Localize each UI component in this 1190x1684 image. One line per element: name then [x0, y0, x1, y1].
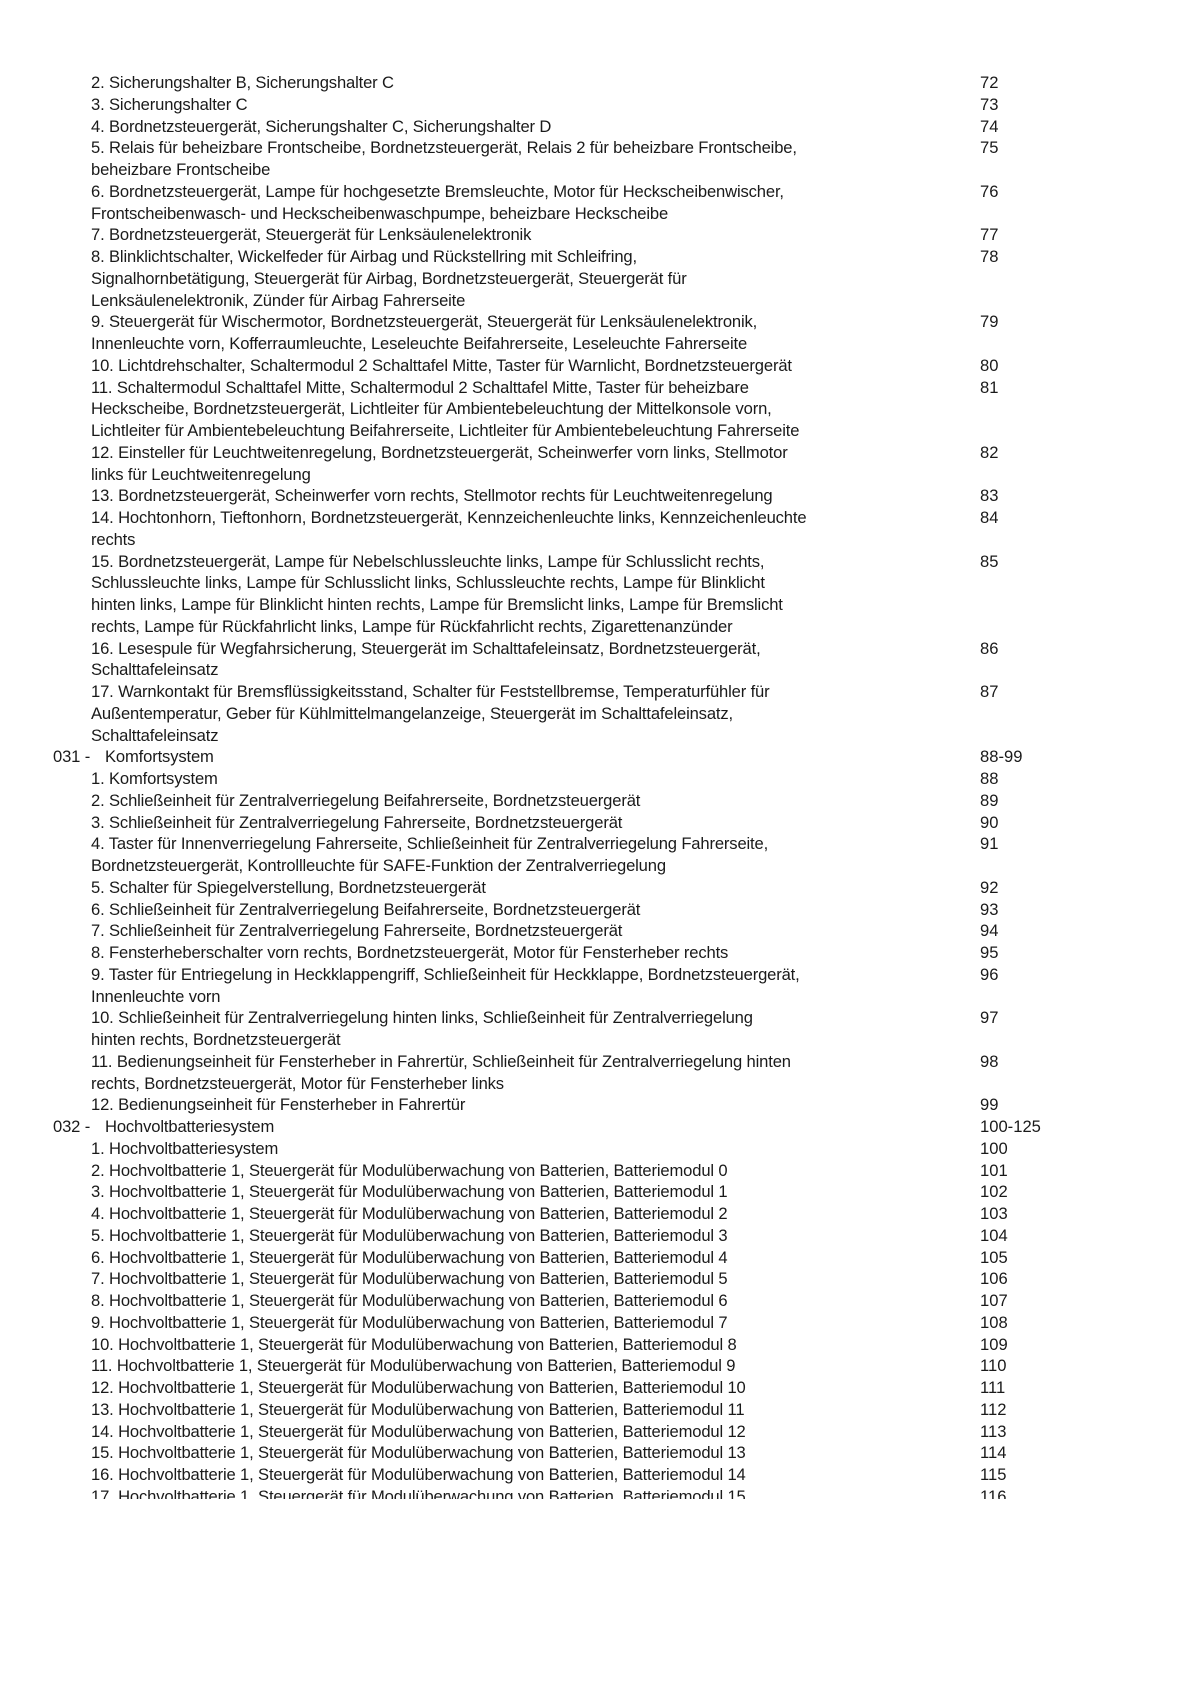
- toc-entry[interactable]: 7. Bordnetzsteuergerät, Steuergerät für …: [0, 224, 1190, 246]
- page-number: 97: [980, 1007, 998, 1029]
- page-number: 75: [980, 137, 998, 159]
- toc-entry-line: 6. Schließeinheit für Zentralverriegelun…: [0, 899, 1190, 921]
- toc-entry-line: 7. Schließeinheit für Zentralverriegelun…: [0, 920, 1190, 942]
- toc-entry[interactable]: 4. Taster für Innenverriegelung Fahrerse…: [0, 833, 1190, 877]
- toc-entry[interactable]: 10. Schließeinheit für Zentralverriegelu…: [0, 1007, 1190, 1051]
- page-number: 78: [980, 246, 998, 268]
- toc-entry-line: Signalhornbetätigung, Steuergerät für Ai…: [0, 268, 1190, 290]
- toc-entry[interactable]: 8. Hochvoltbatterie 1, Steuergerät für M…: [0, 1290, 1190, 1312]
- toc-entry[interactable]: 10. Hochvoltbatterie 1, Steuergerät für …: [0, 1334, 1190, 1356]
- toc-entry-line: 8. Hochvoltbatterie 1, Steuergerät für M…: [0, 1290, 1190, 1312]
- toc-entry-line: 7. Hochvoltbatterie 1, Steuergerät für M…: [0, 1268, 1190, 1290]
- page-number: 74: [980, 116, 998, 138]
- page-number: 84: [980, 507, 998, 529]
- toc-entry-line: 8. Fensterheberschalter vorn rechts, Bor…: [0, 942, 1190, 964]
- page-number: 100: [980, 1138, 1008, 1160]
- toc-entry-line: 2. Schließeinheit für Zentralverriegelun…: [0, 790, 1190, 812]
- toc-entry[interactable]: 6. Bordnetzsteuergerät, Lampe für hochge…: [0, 181, 1190, 225]
- page-number: 99: [980, 1094, 998, 1116]
- page-number: 113: [980, 1421, 1006, 1443]
- toc-entry[interactable]: 12. Hochvoltbatterie 1, Steuergerät für …: [0, 1377, 1190, 1399]
- page-number: 93: [980, 899, 998, 921]
- toc-entry[interactable]: 16. Lesespule für Wegfahrsicherung, Steu…: [0, 638, 1190, 682]
- toc-entry-line: 17. Warnkontakt für Bremsflüssigkeitssta…: [0, 681, 1190, 703]
- toc-entry-line: rechts: [0, 529, 1190, 551]
- toc-entry-line: 16. Lesespule für Wegfahrsicherung, Steu…: [0, 638, 1190, 660]
- toc-entry[interactable]: 9. Hochvoltbatterie 1, Steuergerät für M…: [0, 1312, 1190, 1334]
- page-number: 88-99: [980, 746, 1022, 768]
- toc-entry[interactable]: 1. Komfortsystem88: [0, 768, 1190, 790]
- page-number: 111: [980, 1377, 1005, 1399]
- toc-entry-line: 5. Relais für beheizbare Frontscheibe, B…: [0, 137, 1190, 159]
- toc-entry[interactable]: 6. Hochvoltbatterie 1, Steuergerät für M…: [0, 1247, 1190, 1269]
- toc-entry-line: Schlussleuchte links, Lampe für Schlussl…: [0, 572, 1190, 594]
- page-number: 104: [980, 1225, 1008, 1247]
- toc-entry[interactable]: 15. Bordnetzsteuergerät, Lampe für Nebel…: [0, 551, 1190, 638]
- page-number: 103: [980, 1203, 1008, 1225]
- toc-entry[interactable]: 2. Schließeinheit für Zentralverriegelun…: [0, 790, 1190, 812]
- toc-entry[interactable]: 2. Hochvoltbatterie 1, Steuergerät für M…: [0, 1160, 1190, 1182]
- toc-entry-line: Außentemperatur, Geber für Kühlmittelman…: [0, 703, 1190, 725]
- section-number: 031 -: [53, 746, 105, 768]
- toc-entry-line: 15. Bordnetzsteuergerät, Lampe für Nebel…: [0, 551, 1190, 573]
- page-number: 114: [980, 1442, 1006, 1464]
- toc-entry-line: beheizbare Frontscheibe: [0, 159, 1190, 181]
- toc-entry[interactable]: 4. Hochvoltbatterie 1, Steuergerät für M…: [0, 1203, 1190, 1225]
- toc-entry-line: Lichtleiter für Ambientebeleuchtung Beif…: [0, 420, 1190, 442]
- toc-entry[interactable]: 5. Schalter für Spiegelverstellung, Bord…: [0, 877, 1190, 899]
- toc-entry[interactable]: 5. Relais für beheizbare Frontscheibe, B…: [0, 137, 1190, 181]
- toc-entry[interactable]: 9. Steuergerät für Wischermotor, Bordnet…: [0, 311, 1190, 355]
- toc-entry-line: Innenleuchte vorn, Kofferraumleuchte, Le…: [0, 333, 1190, 355]
- page-number: 85: [980, 551, 998, 573]
- section-title: Komfortsystem: [105, 747, 214, 766]
- page-number: 110: [980, 1355, 1006, 1377]
- toc-entry-line: 8. Blinklichtschalter, Wickelfeder für A…: [0, 246, 1190, 268]
- toc-entry-line: 9. Steuergerät für Wischermotor, Bordnet…: [0, 311, 1190, 333]
- page-number: 87: [980, 681, 998, 703]
- toc-entry-line: 14. Hochtonhorn, Tieftonhorn, Bordnetzst…: [0, 507, 1190, 529]
- page-number: 105: [980, 1247, 1008, 1269]
- toc-entry[interactable]: 9. Taster für Entriegelung in Heckklappe…: [0, 964, 1190, 1008]
- toc-entry-line: Frontscheibenwasch- und Heckscheibenwasc…: [0, 203, 1190, 225]
- toc-entry[interactable]: 16. Hochvoltbatterie 1, Steuergerät für …: [0, 1464, 1190, 1486]
- page-number: 76: [980, 181, 998, 203]
- page-number: 73: [980, 94, 998, 116]
- page-number: 92: [980, 877, 998, 899]
- toc-entry[interactable]: 3. Sicherungshalter C73: [0, 94, 1190, 116]
- toc-entry[interactable]: 6. Schließeinheit für Zentralverriegelun…: [0, 899, 1190, 921]
- toc-entry[interactable]: 11. Hochvoltbatterie 1, Steuergerät für …: [0, 1355, 1190, 1377]
- page-number: 81: [980, 377, 998, 399]
- toc-entry-line: 9. Hochvoltbatterie 1, Steuergerät für M…: [0, 1312, 1190, 1334]
- page-number: 86: [980, 638, 998, 660]
- toc-entry-line: 3. Hochvoltbatterie 1, Steuergerät für M…: [0, 1181, 1190, 1203]
- toc-entry-line: 5. Hochvoltbatterie 1, Steuergerät für M…: [0, 1225, 1190, 1247]
- toc-entry[interactable]: 1. Hochvoltbatteriesystem100: [0, 1138, 1190, 1160]
- page-number: 112: [980, 1399, 1006, 1421]
- page-number: 77: [980, 224, 998, 246]
- toc-entry[interactable]: 3. Hochvoltbatterie 1, Steuergerät für M…: [0, 1181, 1190, 1203]
- toc-entry-line: Innenleuchte vorn: [0, 986, 1190, 1008]
- toc-entry-line: hinten links, Lampe für Blinklicht hinte…: [0, 594, 1190, 616]
- page-number: 100-125: [980, 1116, 1041, 1138]
- page-number: 106: [980, 1268, 1008, 1290]
- page-number: 83: [980, 485, 998, 507]
- toc-entry[interactable]: 11. Schaltermodul Schalttafel Mitte, Sch…: [0, 377, 1190, 442]
- toc-entry-line: Bordnetzsteuergerät, Kontrollleuchte für…: [0, 855, 1190, 877]
- toc-entry[interactable]: 4. Bordnetzsteuergerät, Sicherungshalter…: [0, 116, 1190, 138]
- toc-entry[interactable]: 5. Hochvoltbatterie 1, Steuergerät für M…: [0, 1225, 1190, 1247]
- toc-entry-line: 1. Hochvoltbatteriesystem: [0, 1138, 1190, 1160]
- toc-entry-line: 9. Taster für Entriegelung in Heckklappe…: [0, 964, 1190, 986]
- page-number: 101: [980, 1160, 1008, 1182]
- toc-entry-line: 10. Hochvoltbatterie 1, Steuergerät für …: [0, 1334, 1190, 1356]
- toc-entry[interactable]: 11. Bedienungseinheit für Fensterheber i…: [0, 1051, 1190, 1095]
- toc-entry-line: 6. Hochvoltbatterie 1, Steuergerät für M…: [0, 1247, 1190, 1269]
- toc-entry[interactable]: 10. Lichtdrehschalter, Schaltermodul 2 S…: [0, 355, 1190, 377]
- toc-entry-line: 14. Hochvoltbatterie 1, Steuergerät für …: [0, 1421, 1190, 1443]
- toc-entry-line: 12. Hochvoltbatterie 1, Steuergerät für …: [0, 1377, 1190, 1399]
- toc-entry-line: 5. Schalter für Spiegelverstellung, Bord…: [0, 877, 1190, 899]
- section-number: 032 -: [53, 1116, 105, 1138]
- toc-section[interactable]: 031 -Komfortsystem88-99: [0, 746, 1190, 768]
- toc-entry-line: 2. Sicherungshalter B, Sicherungshalter …: [0, 72, 1190, 94]
- toc-entry-line: 11. Bedienungseinheit für Fensterheber i…: [0, 1051, 1190, 1073]
- page-number: 79: [980, 311, 998, 333]
- page-number: 80: [980, 355, 998, 377]
- page-number: 115: [980, 1464, 1006, 1486]
- page-number: 91: [980, 833, 998, 855]
- toc-entry-line: 4. Bordnetzsteuergerät, Sicherungshalter…: [0, 116, 1190, 138]
- page-number: 89: [980, 790, 998, 812]
- page-number: 108: [980, 1312, 1008, 1334]
- toc-entry-line: 6. Bordnetzsteuergerät, Lampe für hochge…: [0, 181, 1190, 203]
- page-number: 98: [980, 1051, 998, 1073]
- toc-entry-line: 13. Bordnetzsteuergerät, Scheinwerfer vo…: [0, 485, 1190, 507]
- toc-entry-line: hinten rechts, Bordnetzsteuergerät: [0, 1029, 1190, 1051]
- table-of-contents: 2. Sicherungshalter B, Sicherungshalter …: [0, 72, 1190, 1508]
- toc-entry[interactable]: 8. Fensterheberschalter vorn rechts, Bor…: [0, 942, 1190, 964]
- toc-entry[interactable]: 7. Hochvoltbatterie 1, Steuergerät für M…: [0, 1268, 1190, 1290]
- page-number: 95: [980, 942, 998, 964]
- toc-entry[interactable]: 8. Blinklichtschalter, Wickelfeder für A…: [0, 246, 1190, 311]
- page-number: 72: [980, 72, 998, 94]
- toc-entry[interactable]: 13. Hochvoltbatterie 1, Steuergerät für …: [0, 1399, 1190, 1421]
- toc-entry-line: 13. Hochvoltbatterie 1, Steuergerät für …: [0, 1399, 1190, 1421]
- toc-entry[interactable]: 7. Schließeinheit für Zentralverriegelun…: [0, 920, 1190, 942]
- section-title: Hochvoltbatteriesystem: [105, 1117, 274, 1136]
- toc-entry-line: 11. Schaltermodul Schalttafel Mitte, Sch…: [0, 377, 1190, 399]
- toc-entry-line: 10. Schließeinheit für Zentralverriegelu…: [0, 1007, 1190, 1029]
- page-number: 88: [980, 768, 998, 790]
- toc-entry[interactable]: 14. Hochvoltbatterie 1, Steuergerät für …: [0, 1421, 1190, 1443]
- toc-entry[interactable]: 17. Warnkontakt für Bremsflüssigkeitssta…: [0, 681, 1190, 746]
- toc-entry[interactable]: 14. Hochtonhorn, Tieftonhorn, Bordnetzst…: [0, 507, 1190, 551]
- toc-entry-line: Heckscheibe, Bordnetzsteuergerät, Lichtl…: [0, 398, 1190, 420]
- page-bottom-margin: [0, 1499, 1190, 1684]
- toc-entry-line: 4. Taster für Innenverriegelung Fahrerse…: [0, 833, 1190, 855]
- toc-entry-line: 2. Hochvoltbatterie 1, Steuergerät für M…: [0, 1160, 1190, 1182]
- toc-entry[interactable]: 12. Einsteller für Leuchtweitenregelung,…: [0, 442, 1190, 486]
- page-number: 94: [980, 920, 998, 942]
- page-number: 96: [980, 964, 998, 986]
- toc-entry[interactable]: 3. Schließeinheit für Zentralverriegelun…: [0, 812, 1190, 834]
- toc-entry[interactable]: 12. Bedienungseinheit für Fensterheber i…: [0, 1094, 1190, 1116]
- toc-section[interactable]: 032 -Hochvoltbatteriesystem100-125: [0, 1116, 1190, 1138]
- toc-entry[interactable]: 2. Sicherungshalter B, Sicherungshalter …: [0, 72, 1190, 94]
- toc-entry-line: rechts, Lampe für Rückfahrlicht links, L…: [0, 616, 1190, 638]
- toc-entry-line: 11. Hochvoltbatterie 1, Steuergerät für …: [0, 1355, 1190, 1377]
- page-number: 109: [980, 1334, 1008, 1356]
- page-number: 102: [980, 1181, 1008, 1203]
- toc-entry-line: 10. Lichtdrehschalter, Schaltermodul 2 S…: [0, 355, 1190, 377]
- toc-entry-line: Schalttafeleinsatz: [0, 659, 1190, 681]
- toc-entry-line: 12. Bedienungseinheit für Fensterheber i…: [0, 1094, 1190, 1116]
- toc-entry-line: 3. Sicherungshalter C: [0, 94, 1190, 116]
- toc-entry[interactable]: 13. Bordnetzsteuergerät, Scheinwerfer vo…: [0, 485, 1190, 507]
- toc-entry-line: 12. Einsteller für Leuchtweitenregelung,…: [0, 442, 1190, 464]
- toc-entry-line: 16. Hochvoltbatterie 1, Steuergerät für …: [0, 1464, 1190, 1486]
- toc-entry-line: 3. Schließeinheit für Zentralverriegelun…: [0, 812, 1190, 834]
- page-number: 107: [980, 1290, 1008, 1312]
- toc-entry-line: rechts, Bordnetzsteuergerät, Motor für F…: [0, 1073, 1190, 1095]
- toc-entry-line: links für Leuchtweitenregelung: [0, 464, 1190, 486]
- toc-entry-line: 7. Bordnetzsteuergerät, Steuergerät für …: [0, 224, 1190, 246]
- toc-entry-line: Schalttafeleinsatz: [0, 725, 1190, 747]
- toc-entry-line: 15. Hochvoltbatterie 1, Steuergerät für …: [0, 1442, 1190, 1464]
- toc-entry[interactable]: 15. Hochvoltbatterie 1, Steuergerät für …: [0, 1442, 1190, 1464]
- toc-entry-line: 4. Hochvoltbatterie 1, Steuergerät für M…: [0, 1203, 1190, 1225]
- page-number: 90: [980, 812, 998, 834]
- toc-entry-line: Lenksäulenelektronik, Zünder für Airbag …: [0, 290, 1190, 312]
- toc-entry-line: 1. Komfortsystem: [0, 768, 1190, 790]
- page-number: 82: [980, 442, 998, 464]
